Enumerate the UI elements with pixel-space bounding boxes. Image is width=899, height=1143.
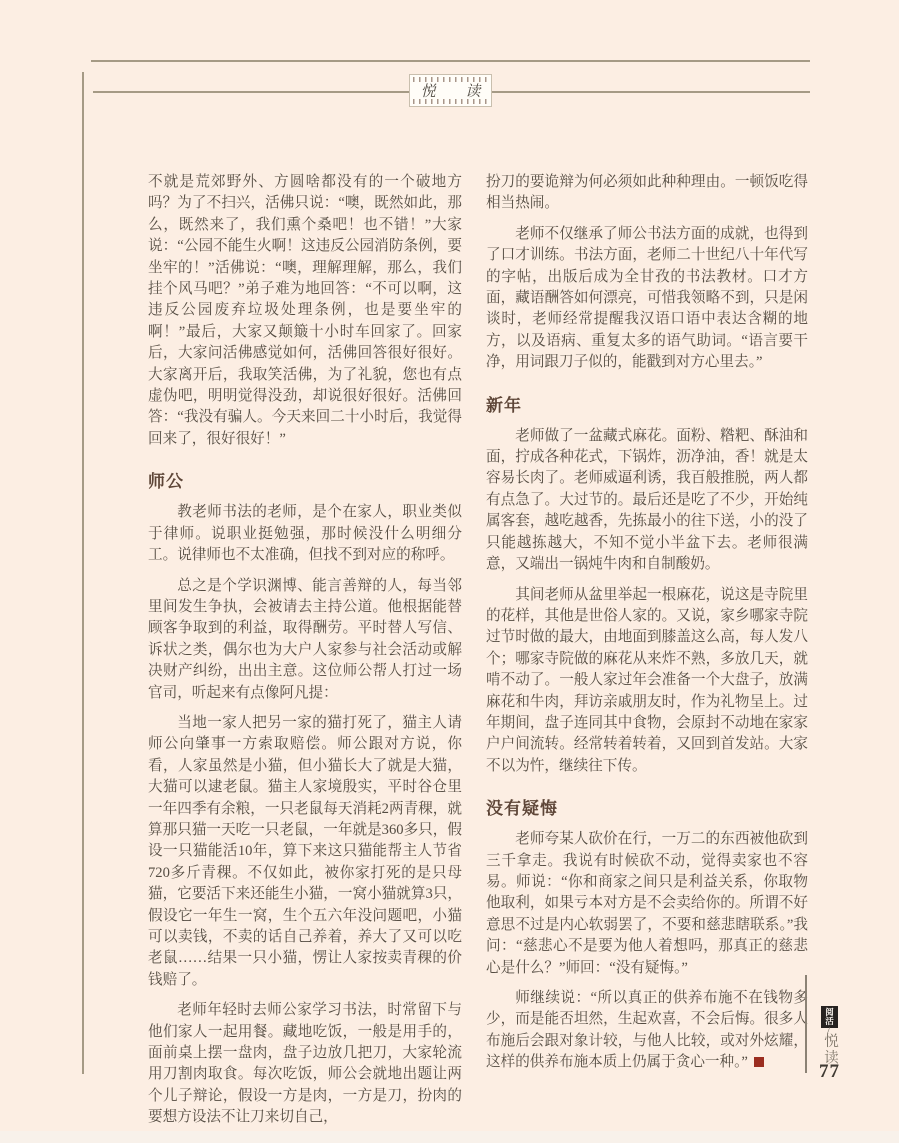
- section-heading: 没有疑悔: [486, 794, 808, 819]
- page-bottom-edge: [0, 1131, 899, 1143]
- paragraph: 扮刀的要诡辩为何必须如此种种理由。一顿饭吃得相当热闹。: [486, 172, 808, 215]
- section-heading: 新年: [486, 391, 808, 416]
- left-column: 不就是荒郊野外、方圆啥都没有的一个破地方吗？为了不扫兴，活佛只说：“噢，既然如此…: [148, 172, 462, 1138]
- article-body: 不就是荒郊野外、方圆啥都没有的一个破地方吗？为了不扫兴，活佛只说：“噢，既然如此…: [148, 172, 808, 1138]
- paragraph: 不就是荒郊野外、方圆啥都没有的一个破地方吗？为了不扫兴，活佛只说：“噢，既然如此…: [148, 172, 462, 450]
- left-margin-rule: [82, 72, 84, 1074]
- paragraph: 老师夸某人砍价在行，一万二的东西被他砍到三千拿走。我说有时候砍不动，觉得卖家也不…: [486, 829, 808, 979]
- right-column: 扮刀的要诡辩为何必须如此种种理由。一顿饭吃得相当热闹。老师不仅继承了师公书法方面…: [486, 172, 808, 1138]
- paragraph: 当地一家人把另一家的猫打死了，猫主人请师公向肇事一方索取赔偿。师公跟对方说，你看…: [148, 713, 462, 991]
- paragraph: 其间老师从盆里举起一根麻花，说这是寺院里的花样，其他是世俗人家的。又说，家乡哪家…: [486, 585, 808, 778]
- section-heading: 师公: [148, 467, 462, 492]
- section-stamp: 悦 读: [409, 74, 492, 107]
- paragraph: 老师年轻时去师公家学习书法，时常留下与他们家人一起用餐。藏地吃饭，一般是用手的，…: [148, 1000, 462, 1128]
- paragraph: 总之是个学识渊博、能言善辩的人，每当邻里间发生争执，会被请去主持公道。他根据能替…: [148, 576, 462, 704]
- paragraph: 老师不仅继承了师公书法方面的成就，也得到了口才训练。书法方面，老师二十世纪八十年…: [486, 224, 808, 374]
- end-of-article-mark: [754, 1057, 764, 1067]
- paragraph: 师继续说：“所以真正的供养布施不在钱物多少，而是能否坦然，生起欢喜，不会后悔。很…: [486, 988, 808, 1074]
- section-stamp-label: 悦 读: [408, 80, 494, 101]
- page-number: 77: [819, 1061, 840, 1083]
- header-rule-top: [91, 60, 810, 62]
- paragraph: 教老师书法的老师，是个在家人，职业类似于律师。说职业挺勉强，那时候没什么明细分工…: [148, 502, 462, 566]
- paragraph: 老师做了一盆藏式麻花。面粉、糌粑、酥油和面，拧成各种花式，下锅炸，沥净油，香！就…: [486, 426, 808, 576]
- footer-rule: [805, 975, 807, 1073]
